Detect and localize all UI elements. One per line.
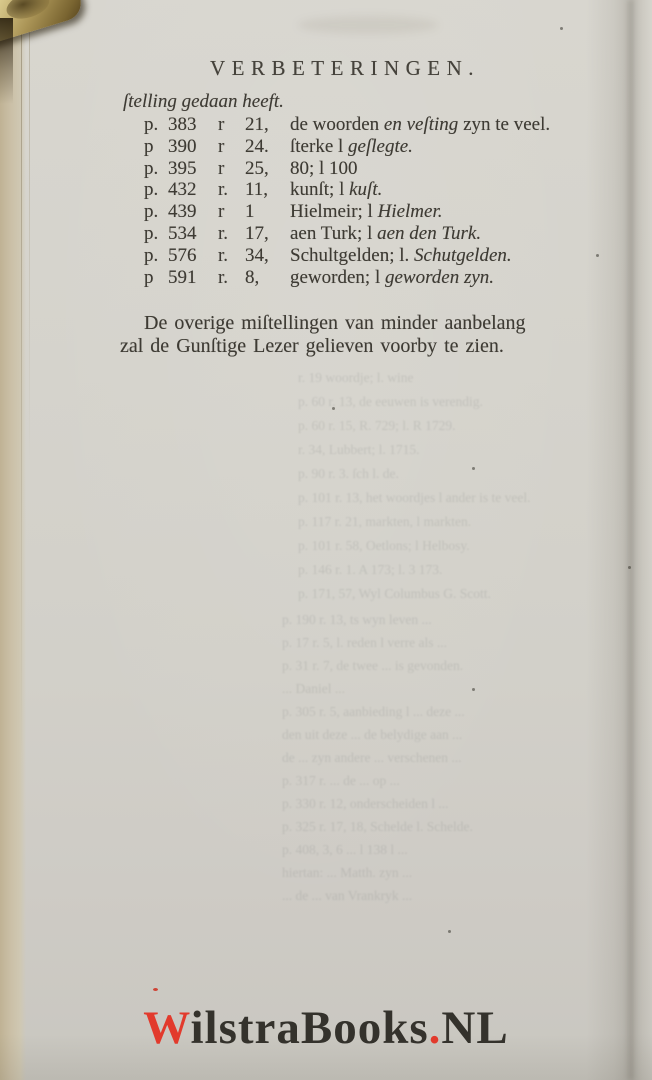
errata-rule-abbrev: r [218,201,245,223]
paper-smudge [298,16,438,34]
closing-paragraph: De overige miſtellingen van minder aanbe… [120,312,590,357]
errata-row: p.432r.11,kunſt; l kuſt. [144,179,624,201]
errata-correction-text: de woorden en veſting zyn te veel. [290,114,550,135]
errata-page-abbrev: p. [144,223,168,245]
errata-rule-abbrev: r [218,158,245,180]
errata-row: p.395r25,80; l 100 [144,158,624,180]
errata-row: p.534r.17,aen Turk; l aen den Turk. [144,223,624,245]
errata-page-number: 534 [168,223,218,245]
errata-correction-text: Schultgelden; l. Schutgelden. [290,245,512,266]
clasp-shadow [0,18,13,104]
errata-page-abbrev: p. [144,245,168,267]
errata-page-abbrev: p. [144,201,168,223]
errata-row: p.576r.34,Schultgelden; l. Schutgelden. [144,245,624,267]
errata-correction-text: kunſt; l kuſt. [290,179,382,200]
watermark-dot: . [429,1002,442,1054]
book-page-photo: VERBETERINGEN. ſtelling gedaan heeft. p.… [0,0,652,1080]
errata-correction-text: 80; l 100 [290,158,358,179]
bleedthrough-text-upper: r. 19 woordje; l. winep. 60 r. 13, de ee… [298,366,646,606]
errata-row: p591r.8,geworden; l geworden zyn. [144,267,624,289]
dust-speck [560,27,563,30]
closing-paragraph-line2: zal de Gunſtige Lezer gelieven voorby te… [120,335,590,358]
errata-page-number: 576 [168,245,218,267]
dust-speck [596,254,599,257]
watermark-tld: NL [441,1002,508,1054]
watermark: WilstraBooks.NL [0,1001,652,1055]
dust-speck [628,566,631,569]
errata-page-number: 591 [168,267,218,289]
errata-line-number: 34, [245,245,290,267]
watermark-middle: ilstraBooks [190,1002,428,1054]
errata-line-number: 25, [245,158,290,180]
errata-line-number: 24. [245,136,290,158]
errata-page-number: 383 [168,114,218,136]
errata-row: p.383r21,de woorden en veſting zyn te ve… [144,114,624,136]
errata-line-number: 8, [245,267,290,289]
errata-page-abbrev: p [144,267,168,289]
errata-page-abbrev: p. [144,114,168,136]
errata-page-abbrev: p. [144,158,168,180]
errata-line-number: 17, [245,223,290,245]
errata-row: p390r24.ſterke l geſlegte. [144,136,624,158]
closing-paragraph-line1: De overige miſtellingen van minder aanbe… [120,312,590,335]
errata-rule-abbrev: r. [218,245,245,267]
dust-speck [472,467,475,470]
errata-row: p.439r1Hielmeir; l Hielmer. [144,201,624,223]
errata-line-number: 21, [245,114,290,136]
errata-rule-abbrev: r. [218,179,245,201]
errata-rule-abbrev: r [218,114,245,136]
errata-page-number: 432 [168,179,218,201]
dust-speck [332,407,335,410]
bleedthrough-text-lower: p. 190 r. 13, ts wyn leven ...p. 17 r. 5… [282,608,646,907]
errata-correction-text: Hielmeir; l Hielmer. [290,201,443,222]
errata-correction-text: ſterke l geſlegte. [290,136,413,157]
errata-list: p.383r21,de woorden en veſting zyn te ve… [144,114,624,288]
errata-page-abbrev: p [144,136,168,158]
errata-line-number: 1 [245,201,290,223]
errata-rule-abbrev: r. [218,267,245,289]
errata-rule-abbrev: r. [218,223,245,245]
errata-page-number: 395 [168,158,218,180]
errata-page-abbrev: p. [144,179,168,201]
errata-correction-text: aen Turk; l aen den Turk. [290,223,481,244]
errata-page-number: 390 [168,136,218,158]
hanging-catchline: ſtelling gedaan heeft. [123,91,284,113]
dust-speck [472,688,475,691]
errata-line-number: 11, [245,179,290,201]
page-left-edge [0,0,26,1080]
errata-rule-abbrev: r [218,136,245,158]
dust-speck [448,930,451,933]
errata-correction-text: geworden; l geworden zyn. [290,267,494,288]
page-title: VERBETERINGEN. [30,56,652,81]
errata-page-number: 439 [168,201,218,223]
red-ink-speck [153,988,158,991]
watermark-initial: W [143,1002,190,1054]
